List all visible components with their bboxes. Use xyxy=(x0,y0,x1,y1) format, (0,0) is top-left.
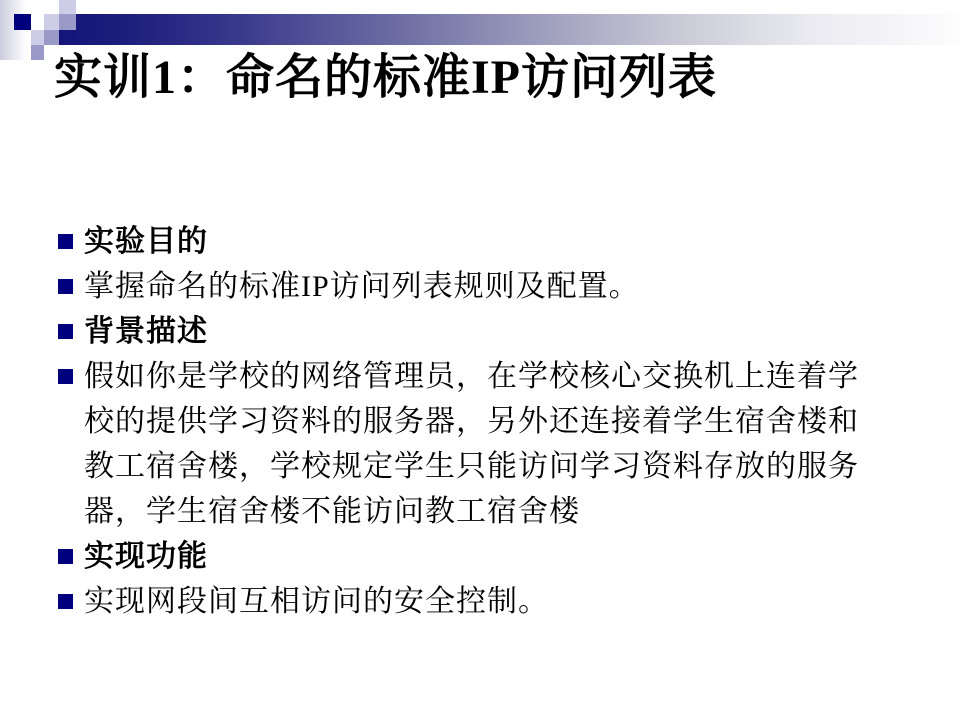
bullet-list: 实验目的掌握命名的标准IP访问列表规则及配置。背景描述假如你是学校的网络管理员，… xyxy=(58,219,918,624)
slide-title: 实训1：命名的标准IP访问列表 xyxy=(54,50,934,105)
list-item-text: 实现网段间互相访问的安全控制。 xyxy=(84,579,549,624)
slide: 实训1：命名的标准IP访问列表 实验目的掌握命名的标准IP访问列表规则及配置。背… xyxy=(0,0,960,720)
list-item-text: 器，学生宿舍楼不能访问教工宿舍楼 xyxy=(84,489,580,534)
list-item-text: 实现功能 xyxy=(84,534,208,579)
header-gradient-bar xyxy=(59,14,960,45)
list-item-line: 实验目的 xyxy=(58,219,918,264)
deco-square-light-lower xyxy=(31,30,44,45)
list-item-text: 校的提供学习资料的服务器，另外还连接着学生宿舍楼和 xyxy=(84,399,859,444)
deco-square-light-top xyxy=(59,0,76,15)
bullet-square-icon xyxy=(58,369,73,384)
list-item-line: 背景描述 xyxy=(58,309,918,354)
deco-square-light-mid xyxy=(44,14,59,30)
list-item-line: 器，学生宿舍楼不能访问教工宿舍楼 xyxy=(58,489,918,534)
list-item-line: 实现网段间互相访问的安全控制。 xyxy=(58,579,918,624)
bullet-square-icon xyxy=(58,324,73,339)
deco-square-medium-mid xyxy=(44,30,59,45)
list-item-text: 教工宿舍楼，学校规定学生只能访问学习资料存放的服务 xyxy=(84,444,859,489)
list-item-line: 掌握命名的标准IP访问列表规则及配置。 xyxy=(58,264,918,309)
deco-square-navy xyxy=(14,14,31,30)
bullet-square-icon xyxy=(58,279,73,294)
list-item-text: 假如你是学校的网络管理员，在学校核心交换机上连着学 xyxy=(84,354,859,399)
list-item-text: 实验目的 xyxy=(84,219,208,264)
deco-square-medium-top xyxy=(59,14,76,30)
left-gradient-strip xyxy=(0,0,26,60)
bullet-square-icon xyxy=(58,594,73,609)
deco-square-medium-bottom xyxy=(31,45,44,60)
list-item-text: 掌握命名的标准IP访问列表规则及配置。 xyxy=(84,264,640,309)
bullet-square-icon xyxy=(58,549,73,564)
list-item-line: 实现功能 xyxy=(58,534,918,579)
bullet-square-icon xyxy=(58,234,73,249)
list-item-line: 教工宿舍楼，学校规定学生只能访问学习资料存放的服务 xyxy=(58,444,918,489)
list-item-line: 假如你是学校的网络管理员，在学校核心交换机上连着学 xyxy=(58,354,918,399)
list-item-text: 背景描述 xyxy=(84,309,208,354)
list-item-line: 校的提供学习资料的服务器，另外还连接着学生宿舍楼和 xyxy=(58,399,918,444)
